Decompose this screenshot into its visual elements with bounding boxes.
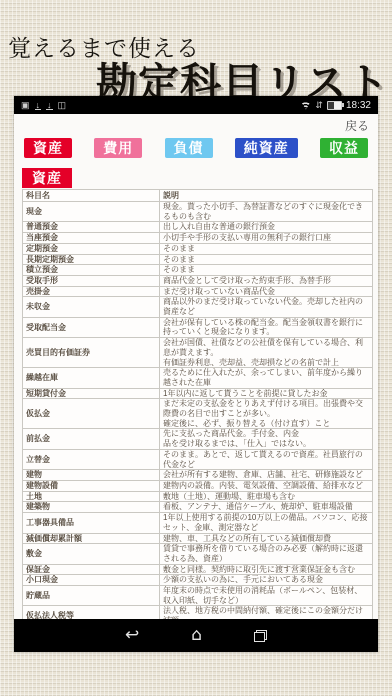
table-row: 長期定期預金そのまま: [23, 254, 373, 265]
back-icon[interactable]: ↩: [125, 627, 139, 644]
table-row: 売買目的有価証券会社が国債、社債などの公社債を保有している場合、利息が貰えます。…: [23, 338, 373, 368]
table-row: 仮払金まだ未定の支払金をとりあえず付ける項目。出張費や交際費の名目で出すことが多…: [23, 399, 373, 429]
account-table: 科目名 説明 現金現金。貰った小切手、為替証書などのすぐに現金化できるものも含む…: [22, 189, 373, 619]
account-description: 法人税、地方税の中間納付額、確定後にこの金額分だけ減額: [160, 606, 373, 619]
account-description: 敷地（土地）、運動場、駐車場も含む: [160, 491, 373, 502]
table-row: 仮払法人税等法人税、地方税の中間納付額、確定後にこの金額分だけ減額: [23, 606, 373, 619]
account-table-body: 現金現金。貰った小切手、為替証書などのすぐに現金化できるものも含む普通預金出し入…: [23, 202, 373, 620]
home-icon[interactable]: ⌂: [191, 627, 202, 644]
account-name: 敷金: [23, 544, 160, 564]
account-name: 仮払金: [23, 399, 160, 429]
table-row: 小口現金少額の支払いの為に、手元においてある現金: [23, 575, 373, 586]
table-row: 貯蔵品年度末の時点で未使用の消耗品（ボールペン、包装材、収入印紙、切手など）: [23, 586, 373, 606]
account-name: 売掛金: [23, 286, 160, 297]
account-description: 看板、アンテナ、通信ケーブル、焼却炉、駐車場設備: [160, 502, 373, 513]
table-row: 敷金賃貸で事務所を借りている場合のみ必要（解約時に返還される為、資産）: [23, 544, 373, 564]
status-left-icons: ▣ ↓ ↓ ◫: [21, 101, 66, 110]
wifi-icon: [300, 101, 311, 110]
status-time: 18:32: [346, 100, 371, 111]
account-description: 1年以内に返して貰うことを前提に貸したお金: [160, 388, 373, 399]
table-row: 未収金商品以外のまだ受け取っていない代金。売却した社内の資産など: [23, 297, 373, 317]
account-name: 工事器具備品: [23, 513, 160, 533]
account-description: 建物、車、工具などの所有している減価償却費: [160, 533, 373, 544]
table-row: 保証金敷金と同様。契約時に取引先に渡す営業保証金も含む: [23, 564, 373, 575]
tab-1[interactable]: 資産: [24, 138, 72, 158]
data-sync-icon: ⇵: [315, 101, 323, 110]
table-row: 受取配当金会社が保有している株の配当金。配当金領収書を銀行に持っていくと現金にな…: [23, 317, 373, 337]
section-header-assets: 資産: [22, 168, 72, 188]
account-description: 少額の支払いの為に、手元においてある現金: [160, 575, 373, 586]
account-name: 短期貸付金: [23, 388, 160, 399]
table-row: 定期預金そのまま: [23, 243, 373, 254]
tab-3[interactable]: 負債: [165, 138, 213, 158]
account-description: そのまま。あとで、返して貰えるので資産。社員旅行の代金など: [160, 449, 373, 469]
account-description: まだ未定の支払金をとりあえず付ける項目。出張費や交際費の名目で出すことが多い。 …: [160, 399, 373, 429]
account-description: 商品代金として受け取った約束手形、為替手形: [160, 275, 373, 286]
account-description: 賃貸で事務所を借りている場合のみ必要（解約時に返還される為、資産）: [160, 544, 373, 564]
account-name: 建物設備: [23, 480, 160, 491]
account-name: 受取手形: [23, 275, 160, 286]
account-description: そのまま: [160, 254, 373, 265]
download-icon: ↓: [35, 101, 42, 110]
account-name: 当座預金: [23, 233, 160, 244]
phone-screenshot: ▣ ↓ ↓ ◫ ⇵ 18:32 戻る 資産費用負債純資産収益 資産 科目名: [14, 96, 378, 652]
account-name: 繰越在庫: [23, 368, 160, 388]
account-description: 売るために仕入れたが、余ってしまい、前年度から繰り越された在庫: [160, 368, 373, 388]
table-row: 普通預金出し入れ自由な普通の銀行預金: [23, 222, 373, 233]
tab-2[interactable]: 費用: [94, 138, 142, 158]
download-icon: ↓: [46, 101, 53, 110]
column-header-description: 説明: [160, 190, 373, 202]
table-row: 建物設備建物内の設備。内装、電気設備、空調設備、給排水など: [23, 480, 373, 491]
table-row: 工事器具備品1年以上使用する前提の10万以上の備品。パソコン、応接セット、金庫、…: [23, 513, 373, 533]
table-row: 売掛金まだ受け取っていない商品代金: [23, 286, 373, 297]
table-row: 当座預金小切手や手形の支払い専用の無利子の銀行口座: [23, 233, 373, 244]
account-name: 現金: [23, 202, 160, 222]
account-name: 普通預金: [23, 222, 160, 233]
account-name: 貯蔵品: [23, 586, 160, 606]
table-row: 短期貸付金1年以内に返して貰うことを前提に貸したお金: [23, 388, 373, 399]
table-row: 繰越在庫売るために仕入れたが、余ってしまい、前年度から繰り越された在庫: [23, 368, 373, 388]
table-row: 立替金そのまま。あとで、返して貰えるので資産。社員旅行の代金など: [23, 449, 373, 469]
account-name: 長期定期預金: [23, 254, 160, 265]
account-name: 立替金: [23, 449, 160, 469]
account-description: 現金。貰った小切手、為替証書などのすぐに現金化できるものも含む: [160, 202, 373, 222]
account-description: 先に支払った商品代金。手付金、内金 品を受け取るまでは、「仕入」ではない。: [160, 429, 373, 449]
account-description: 1年以上使用する前提の10万以上の備品。パソコン、応接セット、金庫、測定器など: [160, 513, 373, 533]
recents-icon[interactable]: [254, 630, 267, 642]
table-row: 減価償却累計額建物、車、工具などの所有している減価償却費: [23, 533, 373, 544]
account-name: 売買目的有価証券: [23, 338, 160, 368]
account-name: 保証金: [23, 564, 160, 575]
gallery-icon: ▣: [21, 101, 30, 110]
table-row: 建築物看板、アンテナ、通信ケーブル、焼却炉、駐車場設備: [23, 502, 373, 513]
battery-icon: [327, 101, 342, 110]
account-description: 会社が所有する建物、倉庫、店舗、社宅、研修施設など: [160, 470, 373, 481]
table-row: 受取手形商品代金として受け取った約束手形、為替手形: [23, 275, 373, 286]
tab-4[interactable]: 純資産: [235, 138, 298, 158]
screenshot-icon: ◫: [58, 101, 67, 110]
account-description: 商品以外のまだ受け取っていない代金。売却した社内の資産など: [160, 297, 373, 317]
account-description: 出し入れ自由な普通の銀行預金: [160, 222, 373, 233]
account-name: 減価償却累計額: [23, 533, 160, 544]
account-name: 仮払法人税等: [23, 606, 160, 619]
account-description: そのまま: [160, 265, 373, 276]
table-header-row: 科目名 説明: [23, 190, 373, 202]
account-description: 年度末の時点で未使用の消耗品（ボールペン、包装材、収入印紙、切手など）: [160, 586, 373, 606]
status-bar: ▣ ↓ ↓ ◫ ⇵ 18:32: [14, 96, 378, 114]
account-description: 敷金と同様。契約時に取引先に渡す営業保証金も含む: [160, 564, 373, 575]
account-name: 建築物: [23, 502, 160, 513]
navigation-bar: ↩ ⌂: [14, 619, 378, 652]
account-description: まだ受け取っていない商品代金: [160, 286, 373, 297]
account-table-wrap: 科目名 説明 現金現金。貰った小切手、為替証書などのすぐに現金化できるものも含む…: [22, 189, 373, 619]
account-name: 定期預金: [23, 243, 160, 254]
account-name: 小口現金: [23, 575, 160, 586]
tab-row: 資産費用負債純資産収益: [14, 134, 378, 160]
account-name: 前払金: [23, 429, 160, 449]
column-header-name: 科目名: [23, 190, 160, 202]
status-right-icons: ⇵ 18:32: [300, 100, 371, 111]
table-row: 積立預金そのまま: [23, 265, 373, 276]
table-row: 土地敷地（土地）、運動場、駐車場も含む: [23, 491, 373, 502]
account-name: 土地: [23, 491, 160, 502]
account-name: 受取配当金: [23, 317, 160, 337]
table-row: 建物会社が所有する建物、倉庫、店舗、社宅、研修施設など: [23, 470, 373, 481]
back-button[interactable]: 戻る: [345, 119, 369, 133]
account-description: 会社が保有している株の配当金。配当金領収書を銀行に持っていくと現金になります。: [160, 317, 373, 337]
table-row: 前払金先に支払った商品代金。手付金、内金 品を受け取るまでは、「仕入」ではない。: [23, 429, 373, 449]
account-description: 会社が国債、社債などの公社債を保有している場合、利息が貰えます。 有価証券利息、…: [160, 338, 373, 368]
app-body: 戻る 資産費用負債純資産収益 資産 科目名 説明 現金現金。貰った小切手、為替証…: [14, 114, 378, 619]
table-row: 現金現金。貰った小切手、為替証書などのすぐに現金化できるものも含む: [23, 202, 373, 222]
account-name: 建物: [23, 470, 160, 481]
account-name: 未収金: [23, 297, 160, 317]
account-description: 小切手や手形の支払い専用の無利子の銀行口座: [160, 233, 373, 244]
account-description: そのまま: [160, 243, 373, 254]
tab-5[interactable]: 収益: [320, 138, 368, 158]
account-name: 積立預金: [23, 265, 160, 276]
account-description: 建物内の設備。内装、電気設備、空調設備、給排水など: [160, 480, 373, 491]
